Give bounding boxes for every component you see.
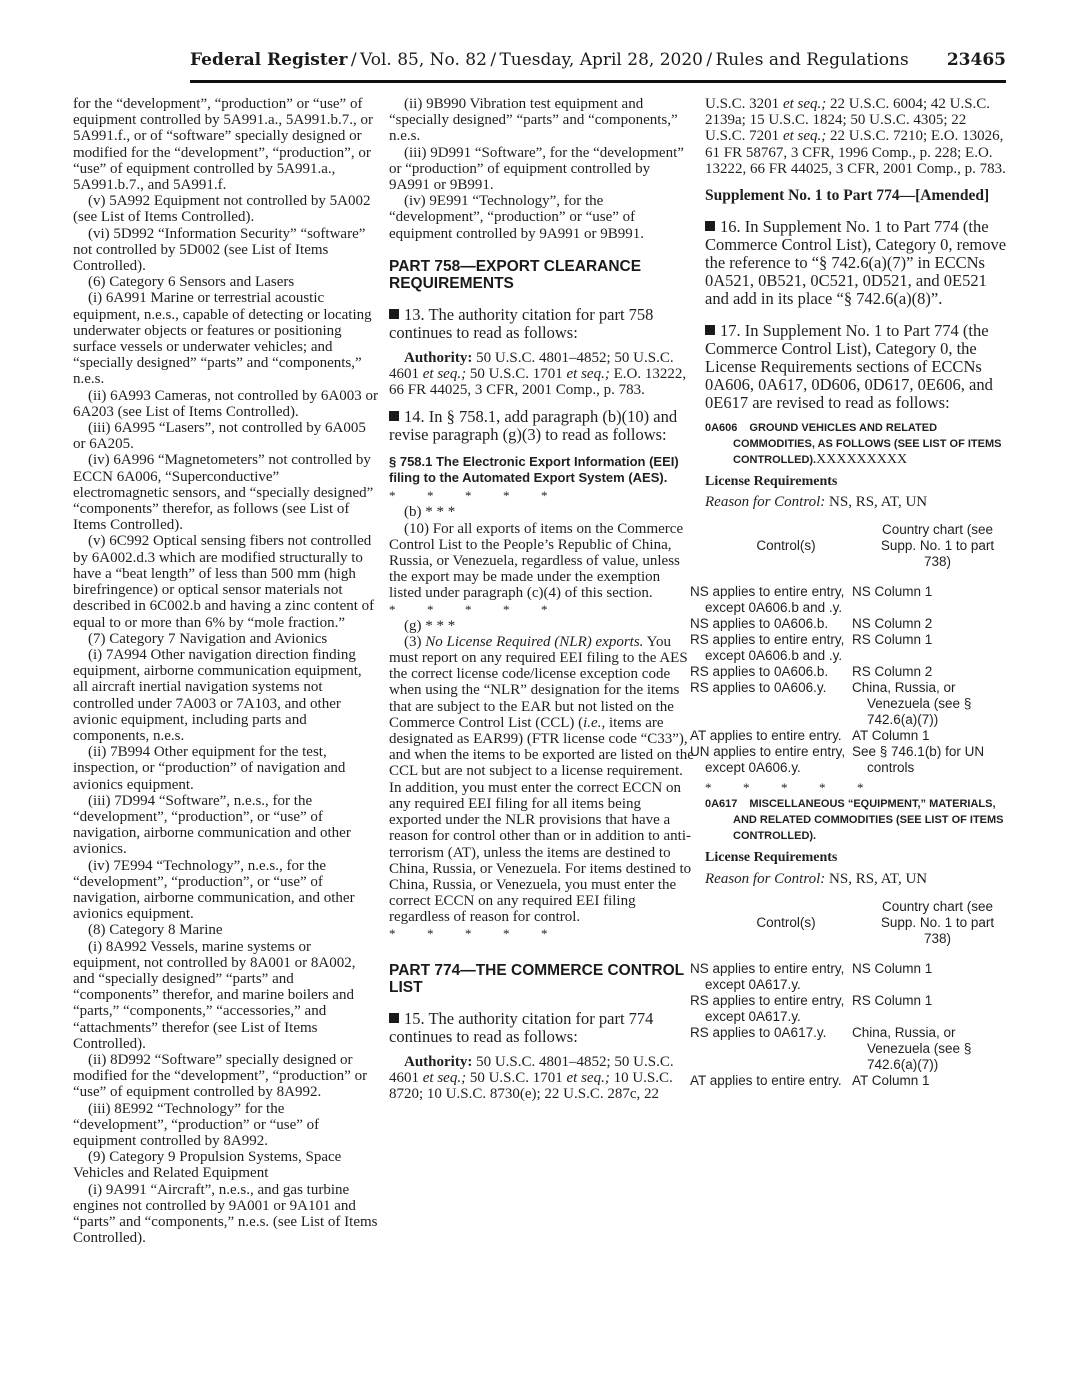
omission-stars: ***** bbox=[389, 926, 694, 942]
amendment-14: 14. In § 758.1, add paragraph (b)(10) an… bbox=[389, 408, 694, 444]
column-header: Control(s) bbox=[705, 522, 867, 584]
supplement-heading: Supplement No. 1 to Part 774—[Amended] bbox=[705, 187, 1008, 204]
amendment-text: 14. In § 758.1, add paragraph (b)(10) an… bbox=[389, 407, 677, 444]
reason-for-control: Reason for Control: NS, RS, AT, UN bbox=[705, 871, 1008, 887]
paragraph: (iii) 7D994 “Software”, n.e.s., for the … bbox=[73, 793, 378, 858]
paragraph: (ii) 7B994 Other equipment for the test,… bbox=[73, 744, 378, 793]
paragraph: for the “development”, “production” or “… bbox=[73, 96, 378, 193]
category-heading: (9) Category 9 Propulsion Systems, Space… bbox=[73, 1149, 378, 1181]
category-heading: (7) Category 7 Navigation and Avionics bbox=[73, 631, 378, 647]
paragraph: (ii) 6A993 Cameras, not controlled by 6A… bbox=[73, 388, 378, 420]
part-774-heading: PART 774—THE COMMERCE CONTROL LIST bbox=[389, 962, 694, 996]
category-heading: (6) Category 6 Sensors and Lasers bbox=[73, 274, 378, 290]
table-row: RS applies to 0A606.b.RS Column 2 bbox=[705, 664, 1008, 680]
table-row: AT applies to entire entry.AT Column 1 bbox=[705, 728, 1008, 744]
paragraph: (ii) 9B990 Vibration test equipment and … bbox=[389, 96, 694, 145]
bullet-square-icon bbox=[705, 221, 715, 231]
reason-for-control: Reason for Control: NS, RS, AT, UN bbox=[705, 494, 1008, 510]
column-header: Country chart (see Supp. No. 1 to part 7… bbox=[867, 899, 1008, 961]
publication-title: Federal Register bbox=[190, 50, 348, 70]
authority-citation-774: Authority: 50 U.S.C. 4801–4852; 50 U.S.C… bbox=[389, 1054, 694, 1103]
amendment-text: 15. The authority citation for part 774 … bbox=[389, 1009, 653, 1046]
table-header-row: Control(s) Country chart (see Supp. No. … bbox=[705, 899, 1008, 961]
column-1: for the “development”, “production” or “… bbox=[73, 96, 378, 1246]
bullet-square-icon bbox=[705, 325, 715, 335]
eccn-0A606-heading: 0A606GROUND VEHICLES AND RELATED COMMODI… bbox=[705, 420, 1008, 468]
volume-number: Vol. 85, No. 82 bbox=[360, 50, 487, 70]
page-header: Federal Register / Vol. 85, No. 82 / Tue… bbox=[190, 50, 1006, 78]
paragraph: (v) 5A992 Equipment not controlled by 5A… bbox=[73, 193, 378, 225]
paragraph: (iii) 8E992 “Technology” for the “develo… bbox=[73, 1101, 378, 1150]
paragraph: (i) 9A991 “Aircraft”, n.e.s., and gas tu… bbox=[73, 1182, 378, 1247]
license-requirements-label: License Requirements bbox=[705, 474, 1008, 490]
paragraph: (iv) 6A996 “Magnetometers” not controlle… bbox=[73, 452, 378, 533]
column-header: Control(s) bbox=[705, 899, 867, 961]
control-table-0A617: Control(s) Country chart (see Supp. No. … bbox=[705, 899, 1008, 1089]
table-row: RS applies to 0A617.y.China, Russia, or … bbox=[705, 1025, 1008, 1073]
bullet-square-icon bbox=[389, 1013, 399, 1023]
bullet-square-icon bbox=[389, 411, 399, 421]
table-row: UN applies to entire entry, except 0A606… bbox=[705, 744, 1008, 776]
license-requirements-label: License Requirements bbox=[705, 850, 1008, 866]
amendment-text: 16. In Supplement No. 1 to Part 774 (the… bbox=[705, 217, 1006, 308]
table-row: NS applies to entire entry, except 0A606… bbox=[705, 584, 1008, 616]
citation-text: 50 U.S.C. 1701 bbox=[466, 366, 566, 382]
bullet-square-icon bbox=[389, 309, 399, 319]
column-header: Country chart (see Supp. No. 1 to part 7… bbox=[867, 522, 1008, 584]
header-rule bbox=[190, 80, 1006, 83]
header-separator: / bbox=[487, 50, 500, 70]
header-separator: / bbox=[703, 50, 716, 70]
amendment-13: 13. The authority citation for part 758 … bbox=[389, 306, 694, 342]
control-table-0A606: Control(s) Country chart (see Supp. No. … bbox=[705, 522, 1008, 776]
paragraph: (i) 8A992 Vessels, marine systems or equ… bbox=[73, 939, 378, 1052]
table-header-row: Control(s) Country chart (see Supp. No. … bbox=[705, 522, 1008, 584]
table-row: AT applies to entire entry.AT Column 1 bbox=[705, 1073, 1008, 1089]
paragraph-g: (g) * * * bbox=[389, 618, 694, 634]
citation-italic: et seq.; bbox=[423, 366, 466, 382]
omission-stars: ***** bbox=[389, 602, 694, 618]
paragraph: (i) 6A991 Marine or terrestrial acoustic… bbox=[73, 290, 378, 387]
table-row: NS applies to entire entry, except 0A617… bbox=[705, 961, 1008, 993]
amendment-15: 15. The authority citation for part 774 … bbox=[389, 1010, 694, 1046]
authority-label: Authority: bbox=[404, 350, 472, 366]
header-separator: / bbox=[348, 50, 361, 70]
table-row: RS applies to 0A606.y.China, Russia, or … bbox=[705, 680, 1008, 728]
omission-stars: ***** bbox=[389, 488, 694, 504]
authority-label: Authority: bbox=[404, 1054, 472, 1070]
paragraph-g3: (3) No License Required (NLR) exports. Y… bbox=[389, 634, 694, 926]
amendment-text: 13. The authority citation for part 758 … bbox=[389, 305, 653, 342]
paragraph: (i) 7A994 Other navigation direction fin… bbox=[73, 647, 378, 744]
table-row: RS applies to entire entry, except 0A617… bbox=[705, 993, 1008, 1025]
omission-stars: ***** bbox=[705, 780, 1008, 796]
table-row: NS applies to 0A606.b.NS Column 2 bbox=[705, 616, 1008, 632]
column-2: (ii) 9B990 Vibration test equipment and … bbox=[389, 96, 694, 1112]
paragraph: (iii) 9D991 “Software”, for the “develop… bbox=[389, 145, 694, 194]
paragraph: (vi) 5D992 “Information Security” “softw… bbox=[73, 226, 378, 275]
citation-italic: et seq.; bbox=[567, 366, 610, 382]
paragraph: (v) 6C992 Optical sensing fibers not con… bbox=[73, 533, 378, 630]
part-758-heading: PART 758—EXPORT CLEARANCE REQUIREMENTS bbox=[389, 258, 694, 292]
paragraph: (ii) 8D992 “Software” specially designed… bbox=[73, 1052, 378, 1101]
category-heading: (8) Category 8 Marine bbox=[73, 922, 378, 938]
paragraph-b10: (10) For all exports of items on the Com… bbox=[389, 521, 694, 602]
section-name: Rules and Regulations bbox=[716, 50, 909, 70]
amendment-17: 17. In Supplement No. 1 to Part 774 (the… bbox=[705, 322, 1008, 412]
eccn-0A617-heading: 0A617MISCELLANEOUS “EQUIPMENT,” MATERIAL… bbox=[705, 796, 1008, 844]
table-row: RS applies to entire entry, except 0A606… bbox=[705, 632, 1008, 664]
authority-citation-758: Authority: 50 U.S.C. 4801–4852; 50 U.S.C… bbox=[389, 350, 694, 399]
section-758-1-heading: § 758.1 The Electronic Export Informatio… bbox=[389, 454, 694, 486]
issue-date: Tuesday, April 28, 2020 bbox=[499, 50, 703, 70]
column-3: U.S.C. 3201 et seq.; 22 U.S.C. 6004; 42 … bbox=[705, 96, 1008, 1089]
amendment-text: 17. In Supplement No. 1 to Part 774 (the… bbox=[705, 321, 993, 412]
paragraph: (iii) 6A995 “Lasers”, not controlled by … bbox=[73, 420, 378, 452]
paragraph: (iv) 9E991 “Technology”, for the “develo… bbox=[389, 193, 694, 242]
page-number: 23465 bbox=[947, 50, 1006, 70]
authority-citation-continued: U.S.C. 3201 et seq.; 22 U.S.C. 6004; 42 … bbox=[705, 96, 1008, 177]
amendment-16: 16. In Supplement No. 1 to Part 774 (the… bbox=[705, 218, 1008, 308]
paragraph-b: (b) * * * bbox=[389, 504, 694, 520]
paragraph: (iv) 7E994 “Technology”, n.e.s., for the… bbox=[73, 858, 378, 923]
